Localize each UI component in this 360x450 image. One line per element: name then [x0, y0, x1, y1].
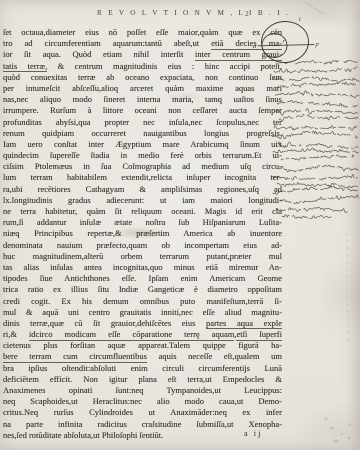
text-line: critus.Neq rurſus Cylindroides ut Anaxim…	[3, 407, 282, 418]
text-line: quòd conuexitas terræ ab oceano expaciat…	[3, 72, 282, 83]
marginalia-line	[276, 109, 357, 115]
ink-underline: inter centrum graui-	[195, 49, 282, 61]
marginalia-line	[282, 215, 331, 219]
text-line: ſet octaua,diameter eius nō poſſet eſſe …	[3, 27, 282, 38]
text-line: lum terram habitabilem extendit,relicta …	[3, 172, 282, 183]
book-page: R E V O L V T I O N V M , L I B . I . 2 …	[0, 0, 360, 450]
ink-underline: bere terram cum circumfluentibus	[3, 351, 147, 363]
text-line: ior ſit aqua. Quòd etiam nihil interſit …	[3, 49, 282, 60]
running-head: R E V O L V T I O N V M , L I B . I .	[97, 9, 290, 17]
text-line: ri,& idcirco modicam eſſe cōparatione te…	[3, 329, 282, 340]
text-line: tipodes ſiue Antichthones eſſe. Ipſam en…	[3, 273, 282, 284]
text-line: huc magnitudinem,alterū orbem terrarum p…	[3, 251, 282, 262]
page-number: 2	[245, 9, 249, 18]
text-line: tatis terræ, & centrum magnitudinis eius…	[3, 61, 282, 72]
text-line: credi cogit. Ex his demum omnibus puto m…	[3, 296, 282, 307]
text-line: nes,ſed rotūditate abſoluta,ut Philoſoph…	[3, 430, 282, 441]
marginalia-line	[272, 175, 357, 181]
diagram-label-top: t	[299, 17, 301, 23]
text-line: irrumpere. Rurſum à littore oceani non c…	[3, 105, 282, 116]
diagram-label-right: p	[315, 41, 320, 48]
marginalia-line	[278, 165, 358, 172]
marginalia-line	[277, 100, 358, 107]
ink-underline: etſi ſuperfi	[236, 329, 282, 341]
text-line: trica ratio ex illius ſitu Indiæ Gangeti…	[3, 284, 282, 295]
diagram-label-center: r	[283, 39, 286, 45]
text-line: na parte infinita radicitus craſsitudine…	[3, 419, 282, 430]
text-line: nas,nec aliquo modo ſineret interna mari…	[3, 94, 282, 105]
handwritten-marginalia	[272, 60, 360, 218]
text-line: ne terra habitetur, quàm ſit reliquum oc…	[3, 206, 282, 217]
marginalia-line	[276, 82, 358, 87]
text-line: rum,ſi addantur inſulæ ætate noſtra ſub …	[3, 217, 282, 228]
text-line: niæq Principibus repertæ,& præſertim Ame…	[3, 228, 282, 239]
marginalia-line	[273, 148, 358, 153]
text-line: lx.longitudinis gradus adiecerunt: ut ia…	[3, 195, 282, 206]
text-line: bere terram cum circumfluentibus aquis n…	[3, 351, 282, 362]
text-line: cietenus plus forſitan aquæ appareat.Tal…	[3, 340, 282, 351]
marginalia-line	[280, 195, 358, 204]
marginalia-line	[277, 183, 358, 188]
text-line: deficiētem efficit. Non igitur plana eſt…	[3, 374, 282, 385]
text-line: mul & aquā uni centro grauitatis inniti,…	[3, 307, 282, 318]
text-line: profunditas abyſsi,qua propter nec inſul…	[3, 117, 282, 128]
gathering-signature: a ij	[244, 429, 262, 438]
marginalia-line	[278, 142, 358, 148]
text-line: neq Scaphoides,ut Heraclitus:nec alio mo…	[3, 396, 282, 407]
page-blemishes	[305, 2, 353, 443]
text-line: renum quidpiam occurreret nauigantibus l…	[3, 128, 282, 139]
ink-underline: idcirco modicam eſſe cōparatione terrę a…	[29, 329, 234, 341]
text-line: Anaximenes opinati ſunt:neq Tympanoides,…	[3, 385, 282, 396]
text-line: quindecim ſupereſſe ſtadia in medio ferè…	[3, 150, 282, 161]
marginalia-line	[275, 91, 359, 98]
text-line: ciſsim Ptolemæus in ſua Coſmographia ad …	[3, 161, 282, 172]
text-line: per intumeſcit abſceſſu,alioq arceret qu…	[3, 83, 282, 94]
text-line: Iam uero conſtat inter Ægyptium mare Ara…	[3, 139, 282, 150]
marginalia-line	[273, 77, 360, 84]
marginalia-line	[279, 60, 357, 64]
text-line: tas alias inſulas antea incognitas,quo m…	[3, 262, 282, 273]
marginalia-line	[279, 114, 358, 121]
marginalia-line	[276, 207, 347, 212]
text-line: ra,ubi recētiores Cathagyam & ampliſsima…	[3, 184, 282, 195]
marginalia-line	[273, 185, 358, 194]
marginalia-line	[274, 126, 357, 131]
marginalia-line	[272, 131, 357, 139]
text-line: bra ipſius oſtendit:abſoluti enim circul…	[3, 363, 282, 374]
ink-underline: etiā decies ma-	[211, 38, 282, 50]
body-text: ſet octaua,diameter eius nō poſſet eſſe …	[3, 27, 282, 441]
marginalia-line	[274, 67, 357, 73]
text-line: tro ad circumferentiam aquarum:tantū abe…	[3, 38, 282, 49]
ink-underline: partes aqua exple	[206, 318, 282, 330]
text-line: denominata nauium præfecto,quam ob incom…	[3, 240, 282, 251]
marginalia-line	[281, 155, 357, 160]
ink-underline: tatis terræ,	[3, 61, 47, 73]
text-line: dinis terræ,quæ cū ſit grauior,dehiſcēte…	[3, 318, 282, 329]
